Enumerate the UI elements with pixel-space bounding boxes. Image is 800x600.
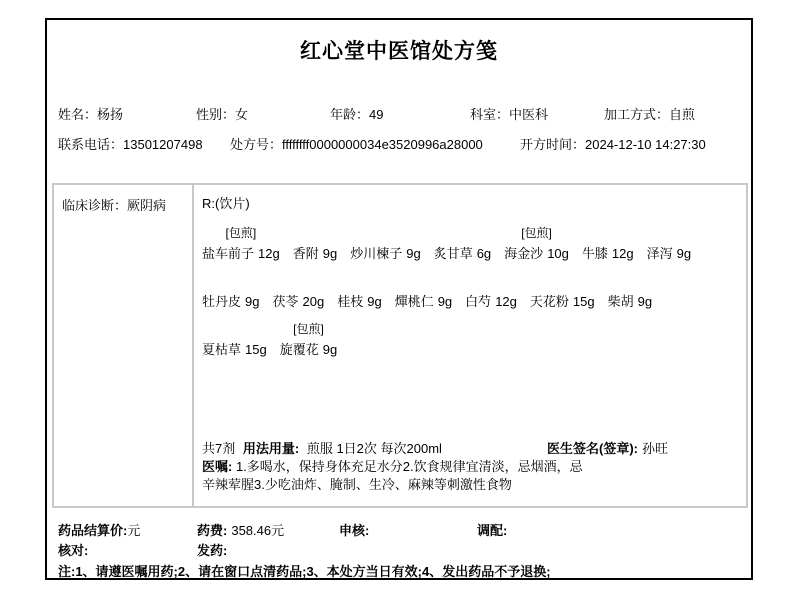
herb-item: 炙甘草6g	[434, 225, 491, 262]
decoct-in-bag-tag	[293, 225, 337, 245]
medicine-fee-label: 药费:	[197, 523, 227, 538]
footer-row-2: 核对: 发药:	[47, 543, 751, 559]
herb-row: 夏枯草15g[包煎]旋覆花9g	[202, 321, 738, 358]
decoct-in-bag-tag: [包煎]	[280, 321, 337, 341]
herb-name: 白芍	[465, 294, 491, 309]
medical-advice-line-2: 辛辣荤腥3.少吃油炸、腌制、生冷、麻辣等刺激性食物	[202, 476, 738, 494]
dispense-label: 发药:	[197, 543, 227, 558]
herb-item: [包煎]盐车前子12g	[202, 225, 280, 262]
herb-name: 牡丹皮	[202, 294, 241, 309]
decoct-in-bag-tag	[337, 273, 381, 293]
herb-item: 牡丹皮9g	[202, 273, 259, 310]
patient-gender-label: 性别：	[196, 107, 235, 122]
herb-name: 天花粉	[530, 294, 569, 309]
herb-quantity: 9g	[323, 246, 337, 261]
herb-quantity: 9g	[406, 246, 420, 261]
herb-item: 夏枯草15g	[202, 321, 267, 358]
medical-advice-label: 医嘱:	[202, 459, 232, 474]
compound-label: 调配:	[477, 523, 507, 538]
medical-advice-text-1: 1.多喝水，保持身体充足水分2.饮食规律宜清淡，忌烟酒，忌	[236, 459, 583, 474]
medicine-fee: 药费:358.46元	[197, 523, 284, 538]
decoct-in-bag-tag	[395, 273, 452, 293]
herb-item: 炒川楝子9g	[350, 225, 420, 262]
patient-gender: 性别：女	[196, 107, 248, 122]
decoct-in-bag-tag	[434, 225, 491, 245]
decoct-in-bag-tag	[530, 273, 595, 293]
herb-quantity: 10g	[547, 246, 569, 261]
herb-quantity: 20g	[303, 294, 325, 309]
herb-item: [包煎]海金沙10g	[504, 225, 569, 262]
medical-advice-line-1: 医嘱: 1.多喝水，保持身体充足水分2.饮食规律宜清淡，忌烟酒，忌	[202, 458, 738, 476]
dispense-field: 发药:	[197, 543, 227, 558]
herb-item: [包煎]旋覆花9g	[280, 321, 337, 358]
herb-name: 牛膝	[582, 246, 608, 261]
decoct-in-bag-tag	[202, 273, 259, 293]
herb-item: 泽泻9g	[647, 225, 691, 262]
decoct-in-bag-tag	[647, 225, 691, 245]
rx-header: R:(饮片)	[202, 195, 738, 212]
patient-info-row-2: 联系电话：13501207498 处方号：ffffffff0000000034e…	[47, 137, 751, 153]
herb-quantity: 12g	[495, 294, 517, 309]
doctor-signature-name: 孙旺	[642, 441, 668, 456]
patient-name-value: 杨扬	[97, 107, 123, 122]
patient-age: 年龄：49	[330, 107, 383, 122]
herb-item: 白芍12g	[465, 273, 517, 310]
prescription-sheet: 红心堂中医馆处方笺 姓名：杨扬 性别：女 年龄：49 科室：中医科 加工方式：自…	[45, 18, 753, 580]
settle-price-value: 元	[127, 523, 140, 538]
herb-quantity: 9g	[438, 294, 452, 309]
herb-name: 茯苓	[272, 294, 298, 309]
herb-item: 燀桃仁9g	[395, 273, 452, 310]
footer-row-1: 药品结算价:元 药费:358.46元 申核: 调配:	[47, 523, 751, 539]
herb-name: 炙甘草	[434, 246, 473, 261]
rx-content: R:(饮片) [包煎]盐车前子12g 香附9g 炒川楝子9g 炙甘草6g[包煎]…	[194, 185, 746, 506]
settle-price-label: 药品结算价:	[58, 523, 127, 538]
herb-row: [包煎]盐车前子12g 香附9g 炒川楝子9g 炙甘草6g[包煎]海金沙10g …	[202, 225, 738, 262]
herb-quantity: 9g	[323, 342, 337, 357]
issue-time-value: 2024-12-10 14:27:30	[585, 137, 706, 152]
decoct-in-bag-tag	[350, 225, 420, 245]
herb-name: 海金沙	[504, 246, 543, 261]
usage-section: 共7剂 用法用量: 煎服 1日2次 每次200ml 医生签名(签章):孙旺 医嘱…	[202, 440, 738, 494]
rx-number-label: 处方号：	[230, 137, 282, 152]
review-label: 申核:	[339, 523, 369, 538]
herb-rows: [包煎]盐车前子12g 香附9g 炒川楝子9g 炙甘草6g[包煎]海金沙10g …	[202, 225, 738, 358]
contact-phone-label: 联系电话：	[58, 137, 123, 152]
herb-item: 天花粉15g	[530, 273, 595, 310]
compound-field: 调配:	[477, 523, 507, 538]
herb-name: 夏枯草	[202, 342, 241, 357]
patient-info-row-1: 姓名：杨扬 性别：女 年龄：49 科室：中医科 加工方式：自煎	[47, 107, 751, 123]
settle-price: 药品结算价:元	[58, 523, 140, 538]
herb-quantity: 15g	[245, 342, 267, 357]
patient-name: 姓名：杨扬	[58, 107, 123, 122]
footer-note: 注:1、请遵医嘱用药;2、请在窗口点清药品;3、本处方当日有效;4、发出药品不予…	[58, 561, 551, 580]
usage-line: 共7剂 用法用量: 煎服 1日2次 每次200ml 医生签名(签章):孙旺	[202, 440, 738, 458]
medicine-fee-value: 358.46元	[231, 523, 284, 538]
herb-name: 柴胡	[608, 294, 634, 309]
doctor-signature-label: 医生签名(签章):	[547, 441, 638, 456]
clinical-diagnosis-label: 临床诊断：	[62, 198, 127, 213]
decoct-in-bag-tag	[202, 321, 267, 341]
herb-quantity: 9g	[367, 294, 381, 309]
department-value: 中医科	[509, 107, 548, 122]
processing-method-value: 自煎	[669, 107, 695, 122]
herb-name: 泽泻	[647, 246, 673, 261]
decoct-in-bag-tag	[608, 273, 652, 293]
clinical-diagnosis-value: 厥阴病	[127, 198, 166, 213]
rx-number-value: ffffffff0000000034e3520996a28000	[282, 137, 483, 152]
decoct-in-bag-tag: [包煎]	[504, 225, 569, 245]
herb-quantity: 6g	[477, 246, 491, 261]
herb-name: 桂枝	[337, 294, 363, 309]
doctor-signature: 医生签名(签章):孙旺	[547, 440, 668, 458]
patient-age-value: 49	[369, 107, 383, 122]
medical-advice-text-2: 辛辣荤腥3.少吃油炸、腌制、生冷、麻辣等刺激性食物	[202, 477, 512, 492]
decoct-in-bag-tag	[272, 273, 324, 293]
check-label: 核对:	[58, 543, 88, 558]
decoct-in-bag-tag	[465, 273, 517, 293]
contact-phone-value: 13501207498	[123, 137, 203, 152]
herb-quantity: 12g	[258, 246, 280, 261]
herb-name: 香附	[293, 246, 319, 261]
herb-name: 燀桃仁	[395, 294, 434, 309]
check-field: 核对:	[58, 543, 88, 558]
usage-label: 用法用量:	[243, 441, 299, 456]
herb-quantity: 9g	[245, 294, 259, 309]
dose-count: 共7剂	[202, 441, 235, 456]
herb-item: 桂枝9g	[337, 273, 381, 310]
clinical-diagnosis: 临床诊断：厥阴病	[54, 185, 194, 506]
herb-quantity: 9g	[638, 294, 652, 309]
herb-quantity: 15g	[573, 294, 595, 309]
review-field: 申核:	[339, 523, 369, 538]
herb-name: 盐车前子	[202, 246, 254, 261]
issue-time-label: 开方时间：	[520, 137, 585, 152]
patient-name-label: 姓名：	[58, 107, 97, 122]
patient-age-label: 年龄：	[330, 107, 369, 122]
herb-item: 牛膝12g	[582, 225, 634, 262]
prescription-box: 临床诊断：厥阴病 R:(饮片) [包煎]盐车前子12g 香附9g 炒川楝子9g …	[52, 183, 748, 508]
issue-time: 开方时间：2024-12-10 14:27:30	[520, 137, 706, 152]
usage-value: 煎服 1日2次 每次200ml	[307, 441, 442, 456]
herb-item: 香附9g	[293, 225, 337, 262]
herb-row: 牡丹皮9g 茯苓20g 桂枝9g 燀桃仁9g 白芍12g 天花粉15g 柴胡9g	[202, 273, 738, 310]
processing-method: 加工方式：自煎	[604, 107, 695, 122]
department: 科室：中医科	[470, 107, 548, 122]
processing-method-label: 加工方式：	[604, 107, 669, 122]
contact-phone: 联系电话：13501207498	[58, 137, 203, 152]
decoct-in-bag-tag	[582, 225, 634, 245]
page-title: 红心堂中医馆处方笺	[47, 35, 751, 65]
department-label: 科室：	[470, 107, 509, 122]
rx-number: 处方号：ffffffff0000000034e3520996a28000	[230, 137, 483, 152]
herb-name: 旋覆花	[280, 342, 319, 357]
herb-item: 柴胡9g	[608, 273, 652, 310]
decoct-in-bag-tag: [包煎]	[202, 225, 280, 245]
herb-item: 茯苓20g	[272, 273, 324, 310]
herb-name: 炒川楝子	[350, 246, 402, 261]
herb-quantity: 9g	[677, 246, 691, 261]
patient-gender-value: 女	[235, 107, 248, 122]
herb-quantity: 12g	[612, 246, 634, 261]
